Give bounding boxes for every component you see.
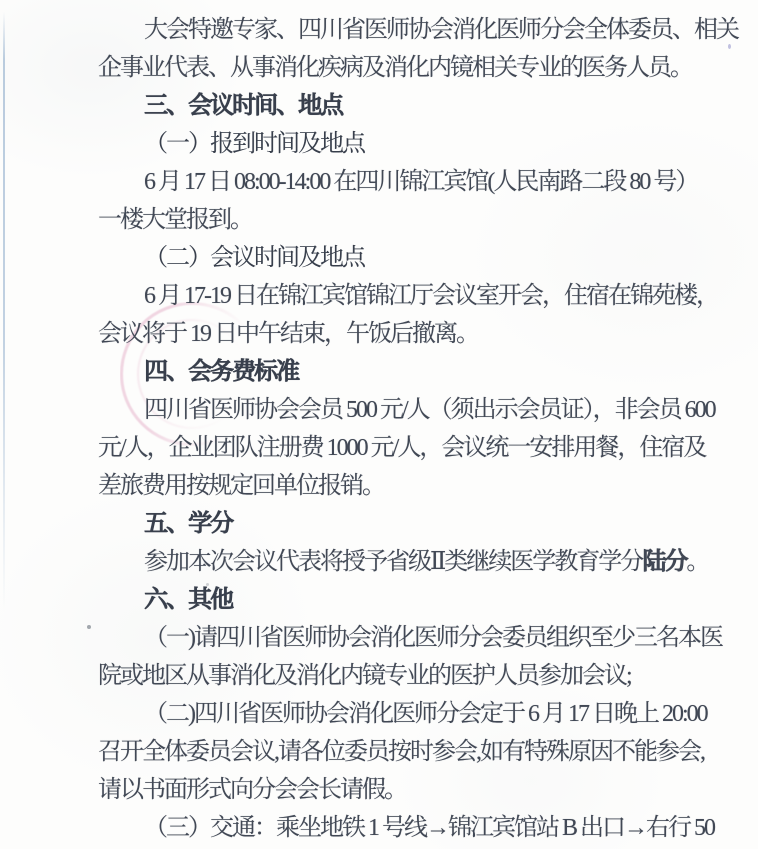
document-page: 大会特邀专家、四川省医师协会消化医师分会全体委员、相关 企事业代表、从事消化疾病… — [0, 0, 758, 849]
fee-line-2: 元/人，企业团队注册费 1000 元/人，会议统一安排用餐，住宿及 — [98, 429, 748, 467]
attendee-para-line-2: 企事业代表、从事消化疾病及消化内镜相关专业的医务人员。 — [98, 49, 748, 87]
meeting-time-line-1: 6 月 17-19 日在锦江宾馆锦江厅会议室开会，住宿在锦苑楼， — [98, 277, 748, 315]
other-1-line-2: 院或地区从事消化及消化内镜专业的医护人员参加会议; — [98, 657, 748, 695]
other-1-line-1: （一)请四川省医师协会消化医师分会委员组织至少三名本医 — [98, 619, 748, 657]
other-2-line-3: 请以书面形式向分会会长请假。 — [98, 771, 748, 809]
section-5-heading: 五、学分 — [98, 505, 748, 543]
registration-time-line-1: 6 月 17 日 08:00-14:00 在四川锦江宾馆(人民南路二段 80 号… — [98, 163, 748, 201]
other-3-transport-line: （三）交通：乘坐地铁 1 号线→锦江宾馆站 B 出口→右行 50 — [98, 809, 748, 847]
fee-line-3: 差旅费用按规定回单位报销。 — [98, 467, 748, 505]
registration-time-line-2: 一楼大堂报到。 — [98, 201, 748, 239]
credit-amount-bold: 陆分 — [642, 549, 686, 575]
credit-line: 参加本次会议代表将授予省级Ⅱ类继续医学教育学分陆分。 — [98, 543, 748, 581]
subsection-3-1-heading: （一）报到时间及地点 — [98, 125, 748, 163]
fee-line-1: 四川省医师协会会员 500 元/人（须出示会员证），非会员 600 — [98, 391, 748, 429]
attendee-para-line-1: 大会特邀专家、四川省医师协会消化医师分会全体委员、相关 — [98, 11, 748, 49]
subsection-3-2-heading: （二）会议时间及地点 — [98, 239, 748, 277]
meeting-time-line-2: 会议将于 19 日中午结束，午饭后撤离。 — [98, 315, 748, 353]
other-2-line-2: 召开全体委员会议,请各位委员按时参会,如有特殊原因不能参会, — [98, 733, 748, 771]
section-3-heading: 三、会议时间、地点 — [98, 87, 748, 125]
credit-line-text: 参加本次会议代表将授予省级Ⅱ类继续医学教育学分 — [144, 549, 642, 575]
credit-line-period: 。 — [686, 549, 708, 575]
section-6-heading: 六、其他 — [98, 581, 748, 619]
section-4-heading: 四、会务费标准 — [98, 353, 748, 391]
other-2-line-1: （二)四川省医师协会消化医师分会定于 6 月 17 日晚上 20:00 — [98, 695, 748, 733]
